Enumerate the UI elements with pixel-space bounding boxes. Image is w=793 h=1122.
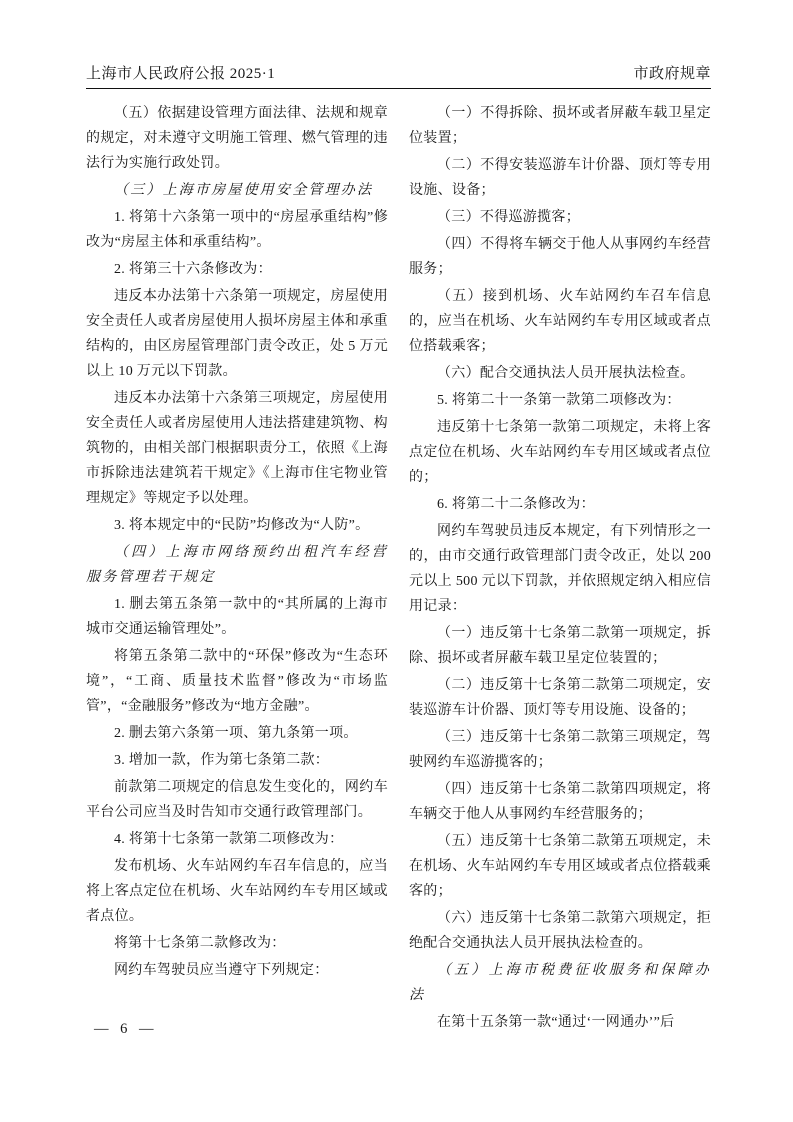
body-paragraph: （二）不得安装巡游车计价器、顶灯等专用设施、设备； xyxy=(409,153,711,203)
gazette-page: 上海市人民政府公报 2025·1 市政府规章 （五）依据建设管理方面法律、法规和… xyxy=(0,0,793,1122)
page-footer: — 6 — xyxy=(94,1021,158,1038)
body-paragraph: 3. 将本规定中的“民防”均修改为“人防”。 xyxy=(86,513,388,538)
section-label: 市政府规章 xyxy=(633,62,711,83)
body-paragraph: （四）不得将车辆交于他人从事网约车经营服务； xyxy=(409,232,711,282)
body-paragraph: 2. 删去第六条第一项、第九条第一项。 xyxy=(86,721,388,746)
body-paragraph: 5. 将第二十一条第一款第二项修改为： xyxy=(409,388,711,413)
page-number: — 6 — xyxy=(94,1021,158,1037)
right-column: （一）不得拆除、损坏或者屏蔽车载卫星定位装置；（二）不得安装巡游车计价器、顶灯等… xyxy=(409,101,711,1037)
body-paragraph: 2. 将第三十六条修改为： xyxy=(86,257,388,282)
body-paragraph: （六）配合交通执法人员开展执法检查。 xyxy=(409,361,711,386)
body-paragraph: 发布机场、火车站网约车召车信息的，应当将上客点定位在机场、火车站网约车专用区域或… xyxy=(86,854,388,929)
body-paragraph: 网约车驾驶员违反本规定，有下列情形之一的，由市交通行政管理部门责令改正，处以 2… xyxy=(409,519,711,619)
section-heading: （五）上海市税费征收服务和保障办法 xyxy=(409,958,711,1008)
body-paragraph: 将第十七条第二款修改为： xyxy=(86,931,388,956)
body-paragraph: （一）不得拆除、损坏或者屏蔽车载卫星定位装置； xyxy=(409,101,711,151)
body-paragraph: 违反本办法第十六条第一项规定，房屋使用安全责任人或者房屋使用人损坏房屋主体和承重… xyxy=(86,284,388,384)
document-body: （五）依据建设管理方面法律、法规和规章的规定，对未遵守文明施工管理、燃气管理的违… xyxy=(86,101,711,1037)
body-paragraph: 网约车驾驶员应当遵守下列规定： xyxy=(86,958,388,983)
body-paragraph: 6. 将第二十二条修改为： xyxy=(409,492,711,517)
body-paragraph: （六）违反第十七条第二款第六项规定，拒绝配合交通执法人员开展执法检查的。 xyxy=(409,906,711,956)
left-column: （五）依据建设管理方面法律、法规和规章的规定，对未遵守文明施工管理、燃气管理的违… xyxy=(86,101,388,1037)
body-paragraph: （三）不得巡游揽客； xyxy=(409,205,711,230)
body-paragraph: 将第五条第二款中的“环保”修改为“生态环境”，“工商、质量技术监督”修改为“市场… xyxy=(86,644,388,719)
body-paragraph: （一）违反第十七条第二款第一项规定，拆除、损坏或者屏蔽车载卫星定位装置的； xyxy=(409,621,711,671)
gazette-title-issue: 上海市人民政府公报 2025·1 xyxy=(86,62,275,83)
section-heading: （三）上海市房屋使用安全管理办法 xyxy=(86,178,388,203)
body-paragraph: 1. 将第十六条第一项中的“房屋承重结构”修改为“房屋主体和承重结构”。 xyxy=(86,205,388,255)
body-paragraph: 3. 增加一款，作为第七条第二款： xyxy=(86,748,388,773)
body-paragraph: （五）违反第十七条第二款第五项规定，未在机场、火车站网约车专用区域或者点位搭载乘… xyxy=(409,829,711,904)
body-paragraph: 前款第二项规定的信息发生变化的，网约车平台公司应当及时告知市交通行政管理部门。 xyxy=(86,775,388,825)
body-paragraph: 1. 删去第五条第一款中的“其所属的上海市城市交通运输管理处”。 xyxy=(86,592,388,642)
body-paragraph: （五）接到机场、火车站网约车召车信息的，应当在机场、火车站网约车专用区域或者点位… xyxy=(409,284,711,359)
running-header: 上海市人民政府公报 2025·1 市政府规章 xyxy=(86,62,711,83)
body-paragraph: （四）违反第十七条第二款第四项规定，将车辆交于他人从事网约车经营服务的； xyxy=(409,777,711,827)
body-paragraph: （二）违反第十七条第二款第二项规定，安装巡游车计价器、顶灯等专用设施、设备的； xyxy=(409,673,711,723)
body-paragraph: （三）违反第十七条第二款第三项规定，驾驶网约车巡游揽客的； xyxy=(409,725,711,775)
body-paragraph: （五）依据建设管理方面法律、法规和规章的规定，对未遵守文明施工管理、燃气管理的违… xyxy=(86,101,388,176)
body-paragraph: 在第十五条第一款“通过‘一网通办’”后 xyxy=(409,1010,711,1035)
header-rule xyxy=(86,88,711,89)
section-heading: （四）上海市网络预约出租汽车经营服务管理若干规定 xyxy=(86,540,388,590)
body-paragraph: 4. 将第十七条第一款第二项修改为： xyxy=(86,827,388,852)
body-paragraph: 违反第十七条第一款第二项规定，未将上客点定位在机场、火车站网约车专用区域或者点位… xyxy=(409,415,711,490)
body-paragraph: 违反本办法第十六条第三项规定，房屋使用安全责任人或者房屋使用人违法搭建建筑物、构… xyxy=(86,386,388,511)
